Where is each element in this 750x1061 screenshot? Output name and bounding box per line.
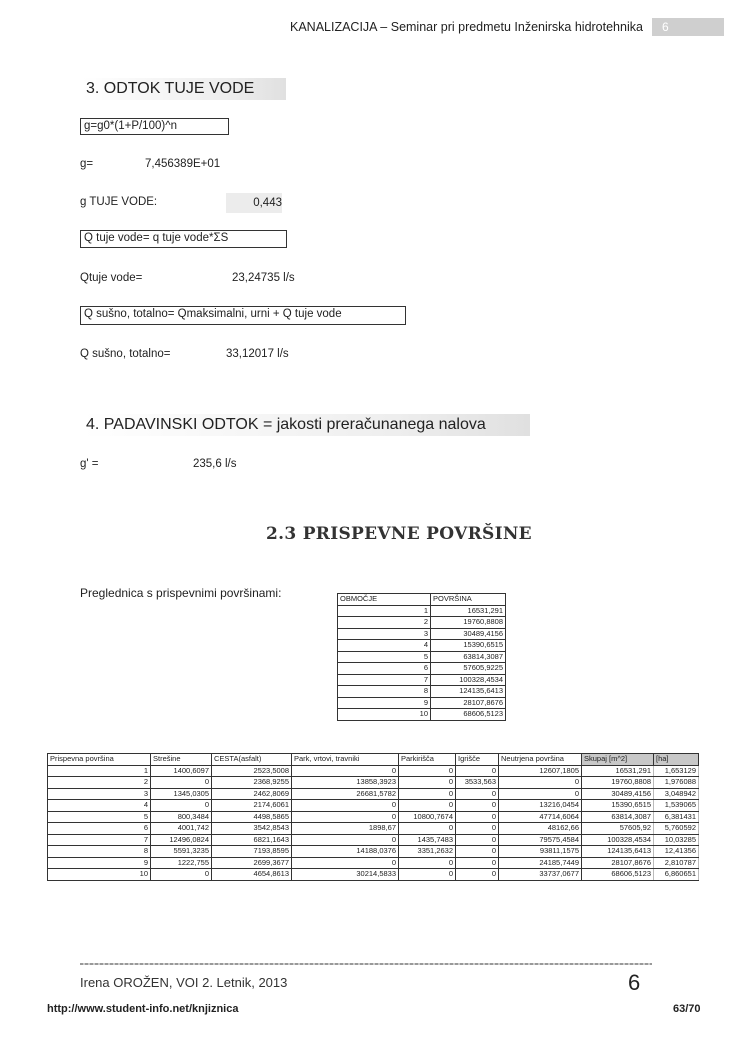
- table-cell: 2,810787: [654, 857, 699, 869]
- table-cell: 28107,8676: [431, 697, 506, 709]
- table-cell: 800,3484: [151, 811, 212, 823]
- table-cell: 30489,4156: [582, 788, 654, 800]
- table-cell: 10800,7674: [399, 811, 456, 823]
- table-cell: 0: [456, 846, 499, 858]
- table-row: 64001,7423542,85431898,670048162,6657605…: [48, 823, 699, 835]
- table-row: 8124135,6413: [338, 686, 506, 698]
- table-cell: 12607,1805: [499, 765, 582, 777]
- table-cell: 0: [399, 765, 456, 777]
- column-header: CESTA(asfalt): [212, 754, 292, 766]
- table-cell: 3: [48, 788, 151, 800]
- table-cell: 19760,8808: [431, 617, 506, 629]
- table-cell: 79575,4584: [499, 834, 582, 846]
- table-cell: 0: [499, 788, 582, 800]
- table-cell: 5: [48, 811, 151, 823]
- table-cell: 57605,9225: [431, 663, 506, 675]
- contributing-areas-table: Prispevna površinaStrešineCESTA(asfalt)P…: [47, 753, 699, 881]
- table-cell: 1,539065: [654, 800, 699, 812]
- table-cell: 6821,1643: [212, 834, 292, 846]
- table-cell: 2174,6061: [212, 800, 292, 812]
- table-row: 5800,34844498,5865010800,7674047714,6064…: [48, 811, 699, 823]
- table-cell: 100328,4534: [582, 834, 654, 846]
- formula-qtuje: Q tuje vode= q tuje vode*ΣS: [80, 230, 287, 248]
- table-cell: 12,41356: [654, 846, 699, 858]
- table-cell: 0: [151, 777, 212, 789]
- table-cell: 2: [338, 617, 431, 629]
- running-header: KANALIZACIJA – Seminar pri predmetu Inže…: [290, 20, 643, 34]
- table-row: 85591,32357193,859514188,03763351,263209…: [48, 846, 699, 858]
- table-cell: 68606,5123: [582, 869, 654, 881]
- footer-author: Irena OROŽEN, VOI 2. Letnik, 2013: [80, 975, 287, 990]
- table-cell: 48162,66: [499, 823, 582, 835]
- table-row: 219760,8808: [338, 617, 506, 629]
- table-cell: 9: [338, 697, 431, 709]
- table-cell: 4: [338, 640, 431, 652]
- table-header-row: OBMOČJEPOVRŠINA: [338, 594, 506, 606]
- table-cell: 100328,4534: [431, 674, 506, 686]
- table-cell: 3542,8543: [212, 823, 292, 835]
- formula-qsusno: Q sušno, totalno= Qmaksimalni, urni + Q …: [80, 306, 406, 325]
- table-cell: 1400,6097: [151, 765, 212, 777]
- table-cell: 0: [399, 777, 456, 789]
- table-cell: 0: [399, 857, 456, 869]
- table-cell: 0: [292, 857, 399, 869]
- table-cell: 124135,6413: [431, 686, 506, 698]
- table-cell: 13216,0454: [499, 800, 582, 812]
- table-row: 202368,925513858,392303533,563019760,880…: [48, 777, 699, 789]
- column-header: Prispevna površina: [48, 754, 151, 766]
- table-cell: 0: [151, 869, 212, 881]
- table-row: 928107,8676: [338, 697, 506, 709]
- column-header: OBMOČJE: [338, 594, 431, 606]
- table-cell: 33737,0677: [499, 869, 582, 881]
- table-cell: 30214,5833: [292, 869, 399, 881]
- table-row: 31345,03052462,806926681,578200030489,41…: [48, 788, 699, 800]
- table-cell: 57605,92: [582, 823, 654, 835]
- areas-summary-table: OBMOČJEPOVRŠINA116531,291219760,88083304…: [337, 593, 506, 721]
- table-cell: 0: [292, 765, 399, 777]
- table-cell: 5591,3235: [151, 846, 212, 858]
- table-cell: 5: [338, 651, 431, 663]
- table-cell: 12496,0824: [151, 834, 212, 846]
- table-cell: 3533,563: [456, 777, 499, 789]
- g-prime-label: g' =: [80, 458, 99, 470]
- table-cell: 1: [338, 605, 431, 617]
- table-cell: 15390,6515: [582, 800, 654, 812]
- table-cell: 6: [338, 663, 431, 675]
- g-tuje-label: g TUJE VODE:: [80, 196, 157, 208]
- table-cell: 19760,8808: [582, 777, 654, 789]
- table-cell: 6: [48, 823, 151, 835]
- table-cell: 7: [338, 674, 431, 686]
- table-cell: 0: [456, 834, 499, 846]
- table-cell: 0: [292, 834, 399, 846]
- section3-title: 3. ODTOK TUJE VODE: [82, 78, 286, 100]
- table-cell: 5,760592: [654, 823, 699, 835]
- table-row: 7100328,4534: [338, 674, 506, 686]
- column-header: Parkirišča: [399, 754, 456, 766]
- table-cell: 0: [292, 800, 399, 812]
- table-cell: 1: [48, 765, 151, 777]
- table-cell: 1435,7483: [399, 834, 456, 846]
- column-header: Neutrjena površina: [499, 754, 582, 766]
- table-cell: 0: [456, 765, 499, 777]
- table-cell: 16531,291: [431, 605, 506, 617]
- table-cell: 1222,755: [151, 857, 212, 869]
- table-row: 563814,3087: [338, 651, 506, 663]
- column-header: Strešine: [151, 754, 212, 766]
- table-row: 657605,9225: [338, 663, 506, 675]
- table-cell: 0: [292, 811, 399, 823]
- table-cell: 2368,9255: [212, 777, 292, 789]
- table-row: 1068606,5123: [338, 709, 506, 721]
- table-cell: 63814,3087: [431, 651, 506, 663]
- table-cell: 28107,8676: [582, 857, 654, 869]
- table-cell: 24185,7449: [499, 857, 582, 869]
- qtuje-label: Qtuje vode=: [80, 272, 142, 284]
- table-cell: 0: [456, 800, 499, 812]
- section4-title: 4. PADAVINSKI ODTOK = jakosti preračunan…: [82, 414, 530, 436]
- g-label: g=: [80, 158, 93, 170]
- table-cell: 16531,291: [582, 765, 654, 777]
- header-page-badge: 6: [652, 18, 724, 36]
- table-cell: 3,048942: [654, 788, 699, 800]
- table-cell: 63814,3087: [582, 811, 654, 823]
- column-header: [ha]: [654, 754, 699, 766]
- table-cell: 10,03285: [654, 834, 699, 846]
- table-cell: 9: [48, 857, 151, 869]
- table-row: 116531,291: [338, 605, 506, 617]
- table-cell: 0: [399, 788, 456, 800]
- table-row: 11400,60972523,500800012607,180516531,29…: [48, 765, 699, 777]
- table-cell: 2523,5008: [212, 765, 292, 777]
- footer-divider: [80, 963, 652, 965]
- table-cell: 0: [456, 788, 499, 800]
- table-row: 330489,4156: [338, 628, 506, 640]
- table-cell: 6,381431: [654, 811, 699, 823]
- table-cell: 47714,6064: [499, 811, 582, 823]
- table-row: 402174,606100013216,045415390,65151,5390…: [48, 800, 699, 812]
- column-header: Park, vrtovi, travniki: [292, 754, 399, 766]
- table-cell: 0: [399, 823, 456, 835]
- formula-g: g=g0*(1+P/100)^n: [80, 118, 229, 135]
- table-cell: 1345,0305: [151, 788, 212, 800]
- table-cell: 4: [48, 800, 151, 812]
- table-row: 415390,6515: [338, 640, 506, 652]
- table-cell: 0: [399, 869, 456, 881]
- footer-page-of: 63/70: [673, 1003, 701, 1015]
- table-cell: 13858,3923: [292, 777, 399, 789]
- table-intro: Preglednica s prispevnimi površinami:: [80, 586, 281, 600]
- table-cell: 6,860651: [654, 869, 699, 881]
- table-cell: 4654,8613: [212, 869, 292, 881]
- table-cell: 0: [499, 777, 582, 789]
- table-cell: 124135,6413: [582, 846, 654, 858]
- table-cell: 14188,0376: [292, 846, 399, 858]
- table-cell: 7193,8595: [212, 846, 292, 858]
- table-cell: 1898,67: [292, 823, 399, 835]
- qsusno-label: Q sušno, totalno=: [80, 348, 170, 360]
- table-cell: 68606,5123: [431, 709, 506, 721]
- table-cell: 30489,4156: [431, 628, 506, 640]
- footer-page-number: 6: [628, 970, 640, 996]
- table-row: 1004654,861330214,58330033737,067768606,…: [48, 869, 699, 881]
- table-cell: 26681,5782: [292, 788, 399, 800]
- column-header: POVRŠINA: [431, 594, 506, 606]
- table-cell: 0: [456, 869, 499, 881]
- table-cell: 2462,8069: [212, 788, 292, 800]
- table-cell: 8: [48, 846, 151, 858]
- table-cell: 1,653129: [654, 765, 699, 777]
- table-cell: 3351,2632: [399, 846, 456, 858]
- table-cell: 0: [456, 811, 499, 823]
- column-header: Igrišče: [456, 754, 499, 766]
- table-cell: 0: [456, 823, 499, 835]
- table-cell: 2: [48, 777, 151, 789]
- table-cell: 10: [338, 709, 431, 721]
- table-cell: 10: [48, 869, 151, 881]
- table-header-row: Prispevna površinaStrešineCESTA(asfalt)P…: [48, 754, 699, 766]
- table-cell: 7: [48, 834, 151, 846]
- footer-url-link[interactable]: http://www.student-info.net/knjiznica: [47, 1003, 238, 1015]
- table-row: 712496,08246821,164301435,7483079575,458…: [48, 834, 699, 846]
- table-cell: 0: [151, 800, 212, 812]
- table-cell: 1,976088: [654, 777, 699, 789]
- qtuje-value: 23,24735 l/s: [232, 272, 295, 284]
- table-cell: 0: [399, 800, 456, 812]
- g-value: 7,456389E+01: [145, 158, 220, 170]
- column-header: Skupaj [m^2]: [582, 754, 654, 766]
- table-cell: 8: [338, 686, 431, 698]
- table-cell: 3: [338, 628, 431, 640]
- table-cell: 2699,3677: [212, 857, 292, 869]
- section-2-3-title: 2.3 PRISPEVNE POVRŠINE: [266, 524, 532, 544]
- table-cell: 0: [456, 857, 499, 869]
- table-row: 91222,7552699,367700024185,744928107,867…: [48, 857, 699, 869]
- table-cell: 93811,1575: [499, 846, 582, 858]
- table-cell: 15390,6515: [431, 640, 506, 652]
- g-tuje-value: 0,443: [226, 193, 282, 213]
- qsusno-value: 33,12017 l/s: [226, 348, 289, 360]
- table-cell: 4498,5865: [212, 811, 292, 823]
- g-prime-value: 235,6 l/s: [193, 458, 236, 470]
- table-cell: 4001,742: [151, 823, 212, 835]
